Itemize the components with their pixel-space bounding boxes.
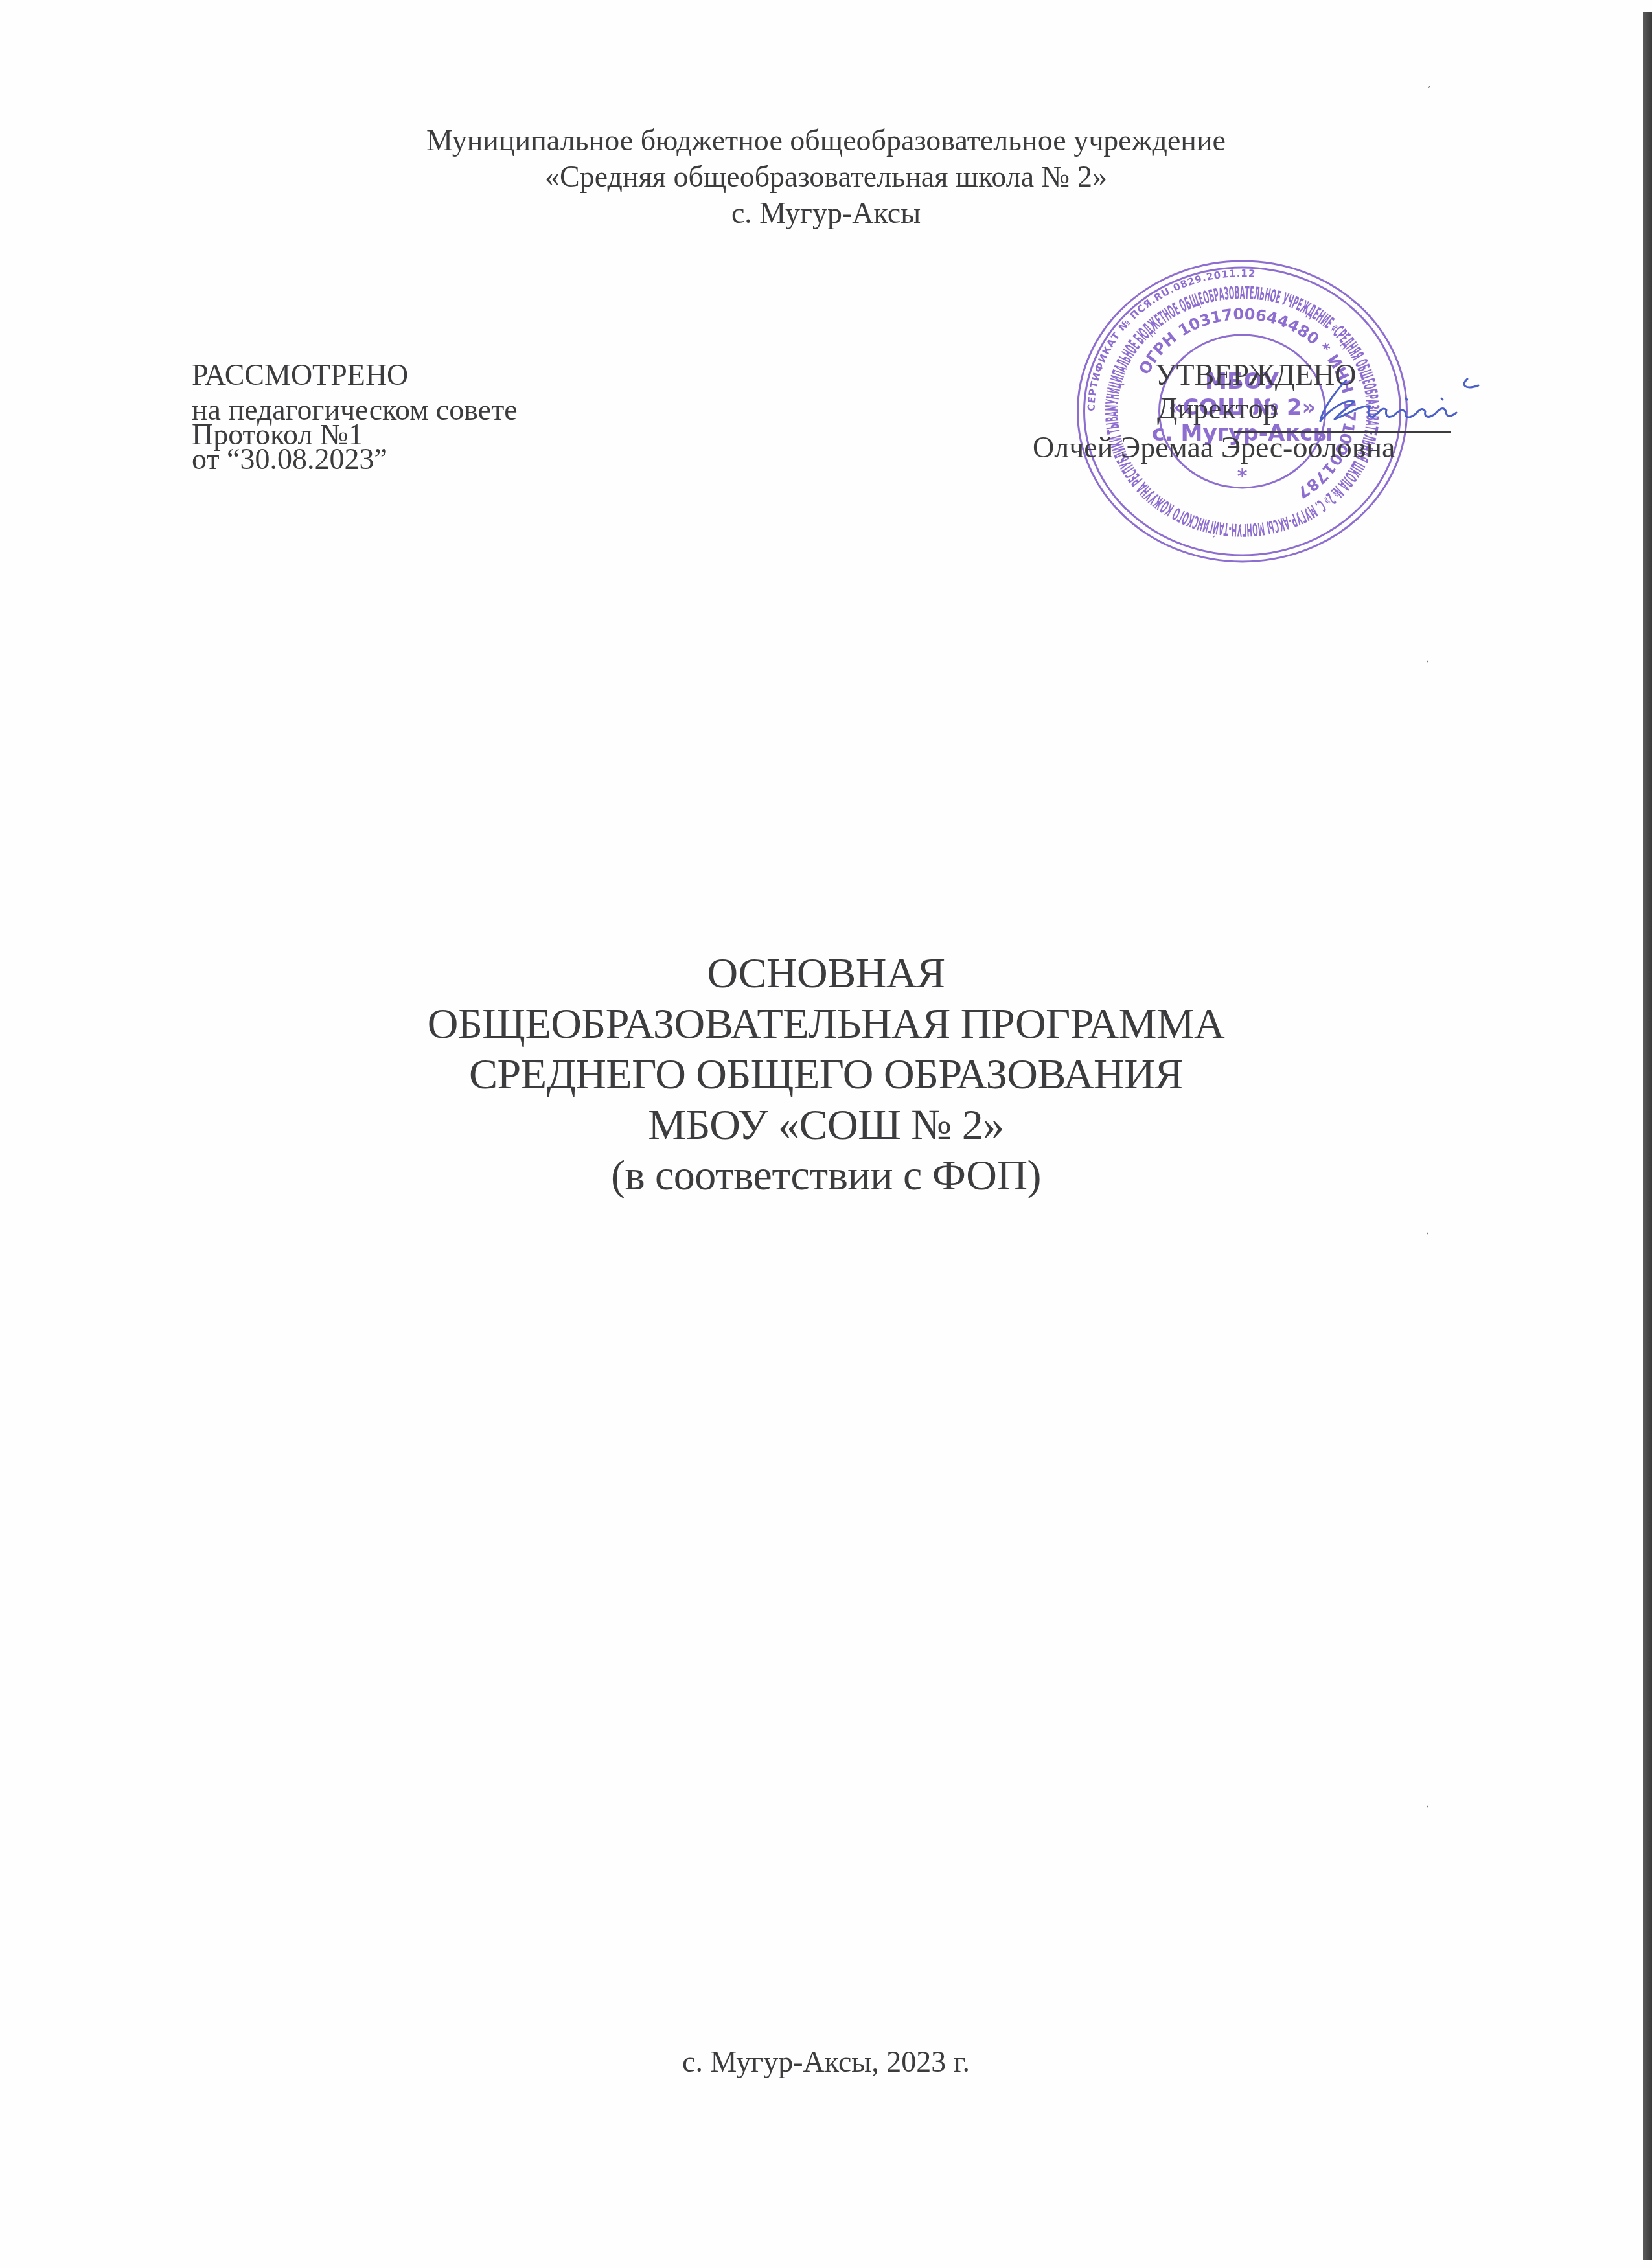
title-line-2: ОБЩЕОБРАЗОВАТЕЛЬНАЯ ПРОГРАММА <box>0 1003 1652 1046</box>
director-signature <box>1309 372 1484 437</box>
title-line-5: (в соответствии с ФОП) <box>0 1154 1652 1197</box>
reviewed-block: РАССМОТРЕНО на педагогическом совете Про… <box>192 360 518 472</box>
program-title: ОСНОВНАЯ ОБЩЕОБРАЗОВАТЕЛЬНАЯ ПРОГРАММА С… <box>0 952 1652 1197</box>
title-line-3: СРЕДНЕГО ОБЩЕГО ОБРАЗОВАНИЯ <box>0 1053 1652 1096</box>
title-line-4: МБОУ «СОШ № 2» <box>0 1104 1652 1147</box>
director-position: Директор <box>1157 394 1278 424</box>
school-name: «Средняя общеобразовательная школа № 2» <box>0 162 1652 192</box>
protocol-date: от “30.08.2023” <box>192 447 518 472</box>
locality: с. Мугур-Аксы <box>0 198 1652 228</box>
institution-header: Муниципальное бюджетное общеобразователь… <box>0 126 1652 228</box>
place-and-year: с. Мугур-Аксы, 2023 г. <box>0 2047 1652 2077</box>
institution-name: Муниципальное бюджетное общеобразователь… <box>0 126 1652 155</box>
reviewed-label: РАССМОТРЕНО <box>192 360 518 390</box>
title-line-1: ОСНОВНАЯ <box>0 952 1652 995</box>
